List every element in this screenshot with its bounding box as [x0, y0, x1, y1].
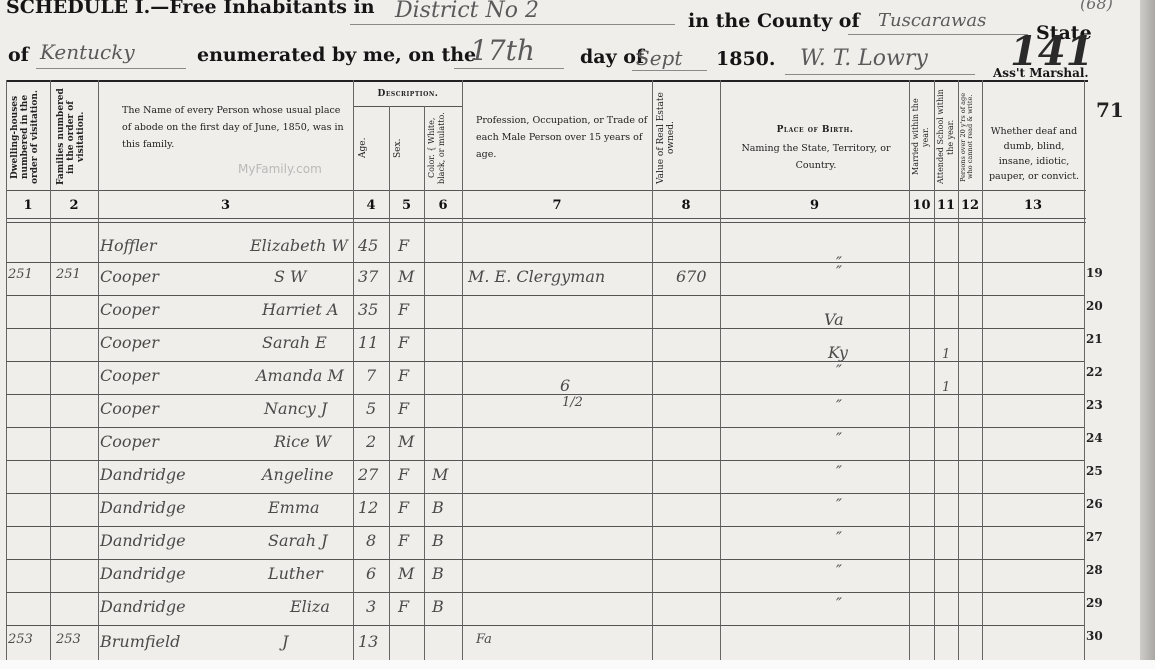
- col8-header: Value of Real Estate owned.: [656, 90, 716, 186]
- age: 37: [358, 267, 378, 286]
- colnum-9: 9: [720, 198, 909, 213]
- color: B: [432, 564, 444, 583]
- birthplace-ditto: ″: [836, 396, 842, 415]
- birthplace-ditto: ″: [836, 594, 842, 613]
- sex: F: [398, 236, 409, 255]
- table-row: Cooper Rice W 2 M: [6, 428, 1088, 461]
- given-name: Amanda M: [256, 366, 344, 385]
- line-number: 21: [1086, 332, 1103, 346]
- table-row: Dandridge Angeline 27 F M: [6, 461, 1088, 494]
- given-name: Harriet A: [262, 300, 338, 319]
- surname: Dandridge: [100, 564, 186, 583]
- given-name: S W: [274, 267, 307, 286]
- table-row: Cooper Harriet A 35 F Va: [6, 296, 1088, 329]
- surname: Cooper: [100, 366, 159, 385]
- marshal-line: [785, 74, 975, 75]
- page-binding-edge: [1140, 0, 1155, 669]
- col9-header: Naming the State, Territory, or Country.: [736, 140, 896, 174]
- state-line: [36, 68, 186, 69]
- line-number: 27: [1086, 530, 1103, 544]
- col9-header-title: Place of Birth.: [722, 122, 908, 139]
- line-number: 23: [1086, 398, 1103, 412]
- surname: Cooper: [100, 432, 159, 451]
- age: 6: [366, 564, 376, 583]
- surname: Hoffler: [100, 236, 156, 255]
- birthplace-ditto: ″: [836, 561, 842, 580]
- col4-header: Age.: [358, 110, 386, 186]
- surname: Cooper: [100, 333, 159, 352]
- bottom-margin: [0, 660, 1155, 669]
- marshal-signature: W. T. Lowry: [800, 46, 928, 71]
- given-name: Luther: [268, 564, 323, 583]
- color: B: [432, 597, 444, 616]
- colnum-13: 13: [982, 198, 1084, 213]
- col13-header: Whether deaf and dumb, blind, insane, id…: [986, 124, 1082, 184]
- county-line: [848, 34, 1028, 35]
- colnum-3: 3: [98, 198, 353, 213]
- watermark: MyFamily.com: [238, 162, 322, 176]
- table-row: Cooper Amanda M 7 F 6 1: [6, 362, 1088, 395]
- sex: F: [398, 300, 409, 319]
- description-subrule: [353, 106, 463, 107]
- county-label: in the County of: [688, 10, 860, 32]
- sex: M: [398, 432, 414, 451]
- given-name: Emma: [268, 498, 320, 517]
- family-number: 251: [56, 267, 81, 282]
- colnum-double-rule: [6, 222, 1086, 223]
- family-number: 253: [56, 632, 81, 647]
- col5-header: Sex.: [393, 110, 421, 186]
- day-of-label: day of: [580, 46, 644, 68]
- given-name: J: [282, 632, 288, 651]
- given-name: Rice W: [274, 432, 331, 451]
- sex: F: [398, 333, 409, 352]
- sex: F: [398, 465, 409, 484]
- table-row: Hoffler Elizabeth W 45 F: [6, 232, 1088, 265]
- age: 2: [366, 432, 376, 451]
- state-handwritten: Kentucky: [40, 40, 135, 64]
- age: 35: [358, 300, 378, 319]
- table-top-rule: [6, 80, 1088, 82]
- sex: M: [398, 267, 414, 286]
- line-number: 25: [1086, 464, 1103, 478]
- schedule-title: SCHEDULE I.—Free Inhabitants in: [6, 0, 375, 18]
- col12-header: Persons over 20 y'rs of age who cannot r…: [960, 88, 982, 186]
- given-name: Eliza: [290, 597, 330, 616]
- line-number: 19: [1086, 266, 1103, 280]
- line-number: 28: [1086, 563, 1103, 577]
- line-number: 29: [1086, 596, 1103, 610]
- birthplace-ditto: ″: [836, 262, 842, 281]
- colnum-11: 11: [934, 198, 958, 213]
- table-row: 253 253 Brumfield J 13 Fa: [6, 628, 1088, 661]
- birthplace-ditto: ″: [836, 462, 842, 481]
- census-page: SCHEDULE I.—Free Inhabitants in District…: [0, 0, 1140, 660]
- birthplace-ditto: ″: [836, 528, 842, 547]
- day-line: [454, 68, 564, 69]
- sex: F: [398, 399, 409, 418]
- color: M: [432, 465, 448, 484]
- colnum-7: 7: [462, 198, 652, 213]
- col2-header: Families numbered in the order of visita…: [56, 88, 94, 186]
- table-row: Dandridge Luther 6 M B: [6, 560, 1088, 593]
- surname: Dandridge: [100, 531, 186, 550]
- occupation-mark: 1/2: [562, 395, 583, 410]
- table-row: Dandridge Emma 12 F B: [6, 494, 1088, 527]
- col1-header: Dwelling-houses numbered in the order of…: [10, 88, 48, 186]
- county-handwritten: Tuscarawas: [878, 10, 986, 31]
- age: 7: [366, 366, 376, 385]
- month-line: [632, 70, 707, 71]
- col3-header: The Name of every Person whose usual pla…: [122, 102, 344, 153]
- real-estate-value: 670: [676, 267, 707, 286]
- line-number: 30: [1086, 629, 1103, 643]
- surname: Dandridge: [100, 597, 186, 616]
- birthplace: Ky: [828, 343, 848, 362]
- attended-school: 1: [942, 347, 950, 362]
- sex: M: [398, 564, 414, 583]
- occupation: Fa: [476, 632, 492, 647]
- attended-school: 1: [942, 380, 950, 395]
- year-label: 1850.: [716, 48, 776, 70]
- table-row: 251 251 Cooper S W 37 M M. E. Clergyman …: [6, 263, 1088, 296]
- colnum-10: 10: [909, 198, 934, 213]
- day-handwritten: 17th: [470, 34, 535, 67]
- given-name: Sarah J: [268, 531, 328, 550]
- age: 13: [358, 632, 378, 651]
- district-line: [350, 24, 675, 25]
- colnum-2: 2: [50, 198, 98, 213]
- age: 3: [366, 597, 376, 616]
- age: 5: [366, 399, 376, 418]
- line-number: 20: [1086, 299, 1103, 313]
- birthplace: Va: [824, 310, 844, 329]
- colnum-12: 12: [958, 198, 982, 213]
- line-number: 22: [1086, 365, 1103, 379]
- dwelling-number: 251: [8, 267, 33, 282]
- occupation: M. E. Clergyman: [468, 267, 605, 286]
- surname: Dandridge: [100, 498, 186, 517]
- colnum-8: 8: [652, 198, 720, 213]
- colnum-bottom-rule: [6, 218, 1086, 219]
- page-number: 71: [1096, 98, 1124, 122]
- sex: F: [398, 366, 409, 385]
- table-row: Cooper Nancy J 5 F 1/2: [6, 395, 1088, 428]
- birthplace-ditto: ″: [836, 429, 842, 448]
- given-name: Elizabeth W: [250, 236, 348, 255]
- color: B: [432, 498, 444, 517]
- table-row: Dandridge Eliza 3 F B: [6, 593, 1088, 626]
- color: B: [432, 531, 444, 550]
- sex: F: [398, 597, 409, 616]
- colnum-1: 1: [6, 198, 50, 213]
- birthplace-ditto: ″: [836, 361, 842, 380]
- colnum-5: 5: [389, 198, 424, 213]
- dwelling-number: 253: [8, 632, 33, 647]
- given-name: Angeline: [262, 465, 334, 484]
- surname: Brumfield: [100, 632, 180, 651]
- header-bottom-rule: [6, 190, 1086, 191]
- colnum-6: 6: [424, 198, 462, 213]
- col11-header: Attended School within the year.: [936, 88, 958, 186]
- enumerated-label: enumerated by me, on the: [197, 44, 476, 66]
- census-table: Dwelling-houses numbered in the order of…: [6, 80, 1088, 660]
- col7-header: Profession, Occupation, or Trade of each…: [476, 112, 648, 163]
- table-row: Dandridge Sarah J 8 F B: [6, 527, 1088, 560]
- age: 12: [358, 498, 378, 517]
- marshal-label: Ass't Marshal.: [993, 66, 1089, 80]
- sex: F: [398, 498, 409, 517]
- of-label: of: [8, 44, 29, 66]
- corner-note: (68): [1080, 0, 1113, 13]
- col6-header: Color. { White, black, or mulatto.: [427, 110, 461, 186]
- age: 8: [366, 531, 376, 550]
- occupation-mark: 6: [560, 376, 570, 395]
- given-name: Nancy J: [264, 399, 327, 418]
- table-row: Cooper Sarah E 11 F Ky 1: [6, 329, 1088, 362]
- col10-header: Married within the year.: [911, 88, 933, 186]
- colnum-4: 4: [353, 198, 389, 213]
- description-group-header: Description.: [354, 86, 462, 103]
- surname: Cooper: [100, 399, 159, 418]
- surname: Cooper: [100, 267, 159, 286]
- surname: Dandridge: [100, 465, 186, 484]
- district-handwritten: District No 2: [395, 0, 539, 23]
- given-name: Sarah E: [262, 333, 327, 352]
- birthplace-ditto: ″: [836, 495, 842, 514]
- age: 45: [358, 236, 378, 255]
- age: 27: [358, 465, 378, 484]
- age: 11: [358, 333, 378, 352]
- line-number: 26: [1086, 497, 1103, 511]
- month-handwritten: Sept: [636, 46, 682, 70]
- surname: Cooper: [100, 300, 159, 319]
- line-number: 24: [1086, 431, 1103, 445]
- sex: F: [398, 531, 409, 550]
